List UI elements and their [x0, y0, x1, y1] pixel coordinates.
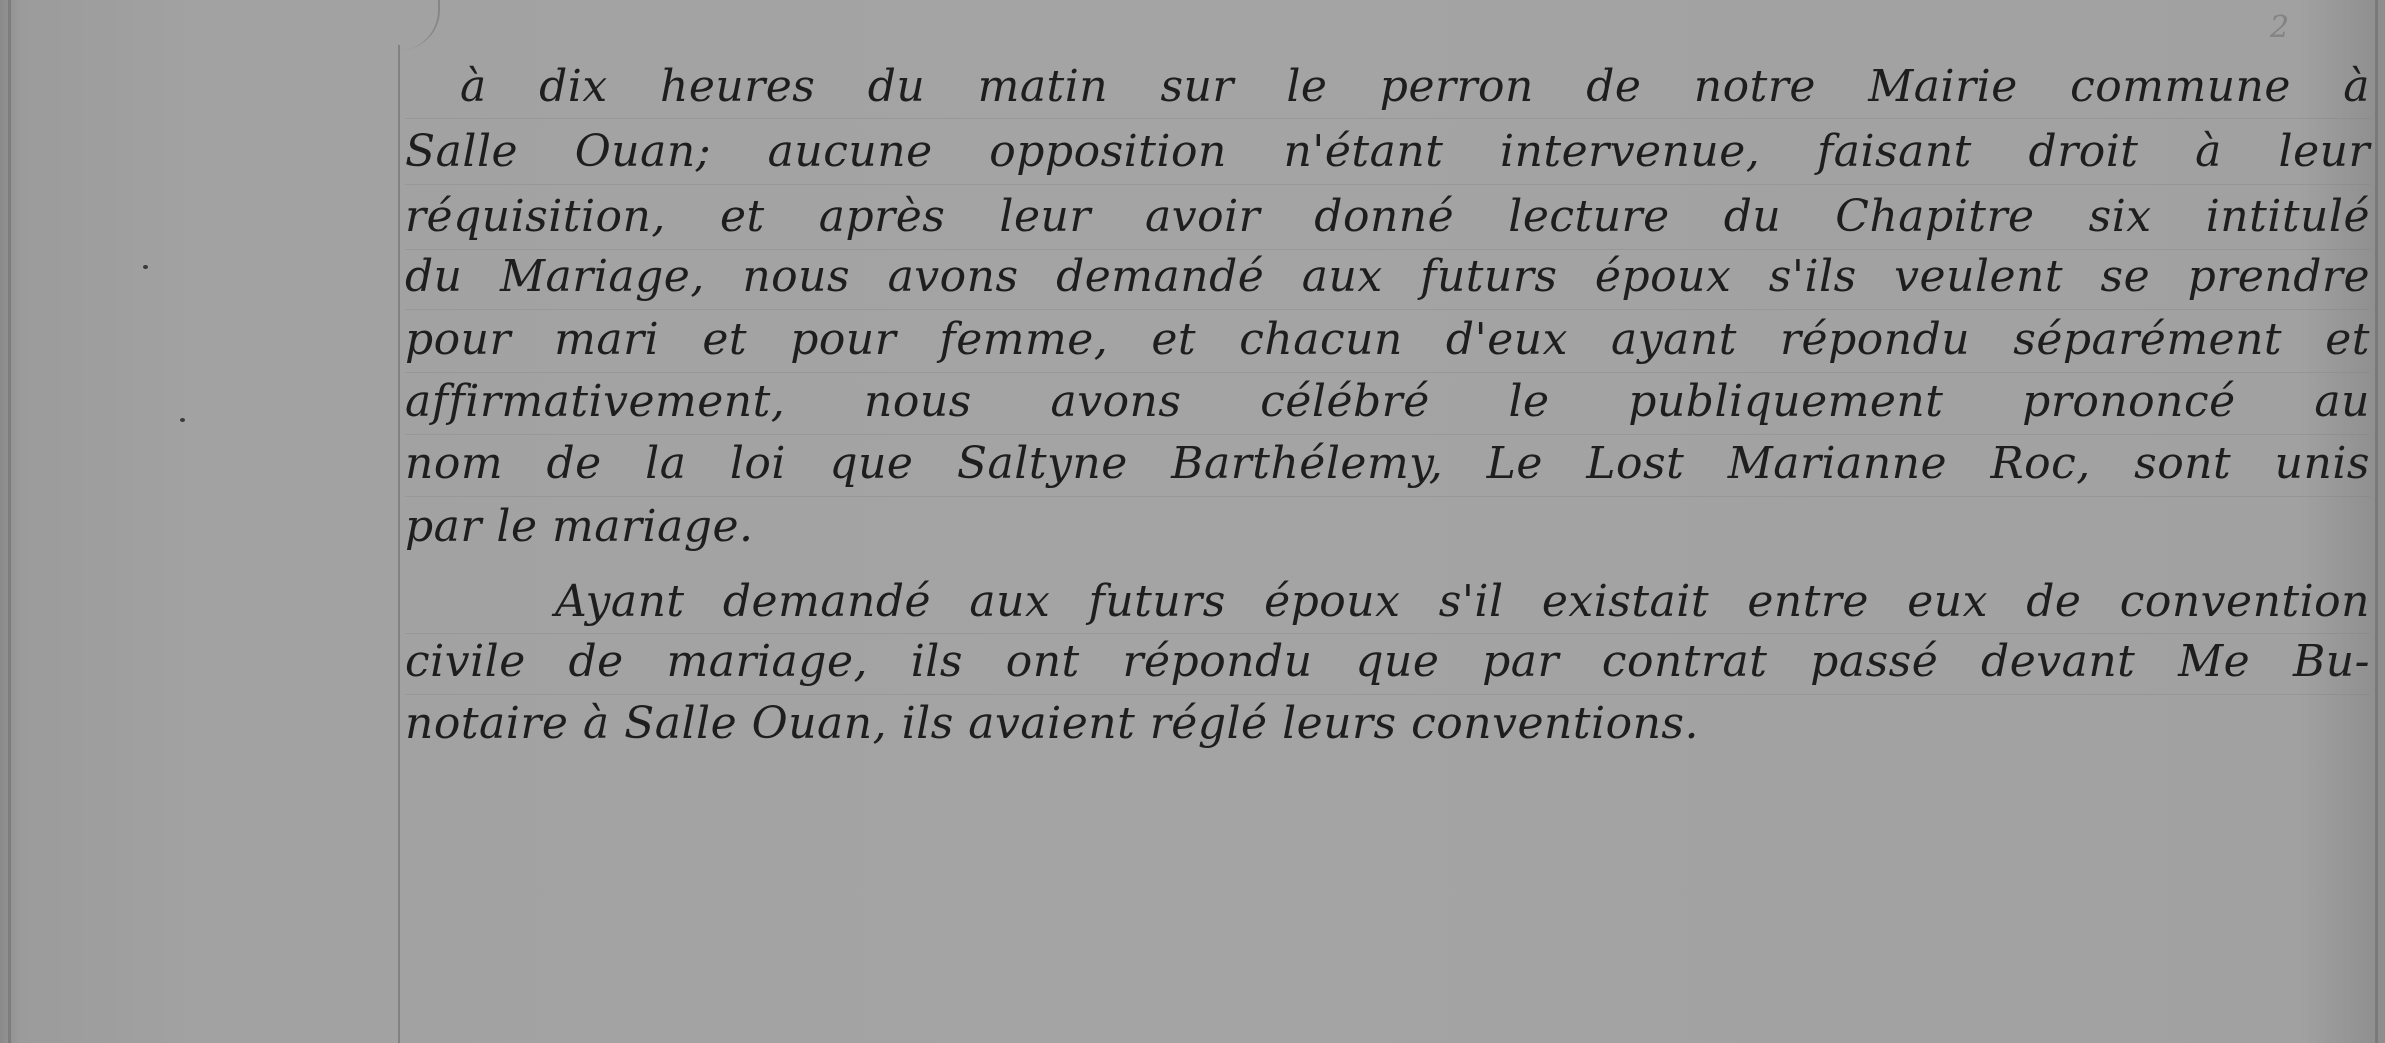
text-line-1: à dix heures du matin sur le perron de n… — [405, 55, 2370, 119]
text-line-3: réquisition, et après leur avoir donné l… — [405, 185, 2370, 250]
text-line-2: Salle Ouan; aucune opposition n'étant in… — [405, 120, 2370, 185]
text-line-7: nom de la loi que Saltyne Barthélemy, Le… — [405, 432, 2370, 497]
text-line-5: pour mari et pour femme, et chacun d'eux… — [405, 308, 2370, 373]
register-page: 2 à dix heures du matin sur le perron de… — [0, 0, 2385, 1043]
margin-rule — [398, 45, 400, 1043]
text-line-4: du Mariage, nous avons demandé aux futur… — [405, 245, 2370, 310]
text-line-9: Ayant demandé aux futurs époux s'il exis… — [405, 570, 2370, 634]
ink-speck — [143, 265, 148, 269]
ink-speck — [180, 418, 185, 422]
text-line-8: par le mariage. — [405, 495, 1005, 559]
page-right-edge — [2375, 0, 2378, 1043]
text-line-10: civile de mariage, ils ont répondu que p… — [405, 630, 2370, 695]
text-line-6: affirmativement, nous avons célébré le p… — [405, 370, 2370, 435]
margin-rule-curve — [398, 0, 440, 50]
text-line-11: notaire à Salle Ouan, ils avaient réglé … — [405, 692, 1785, 756]
page-left-edge — [8, 0, 11, 1043]
